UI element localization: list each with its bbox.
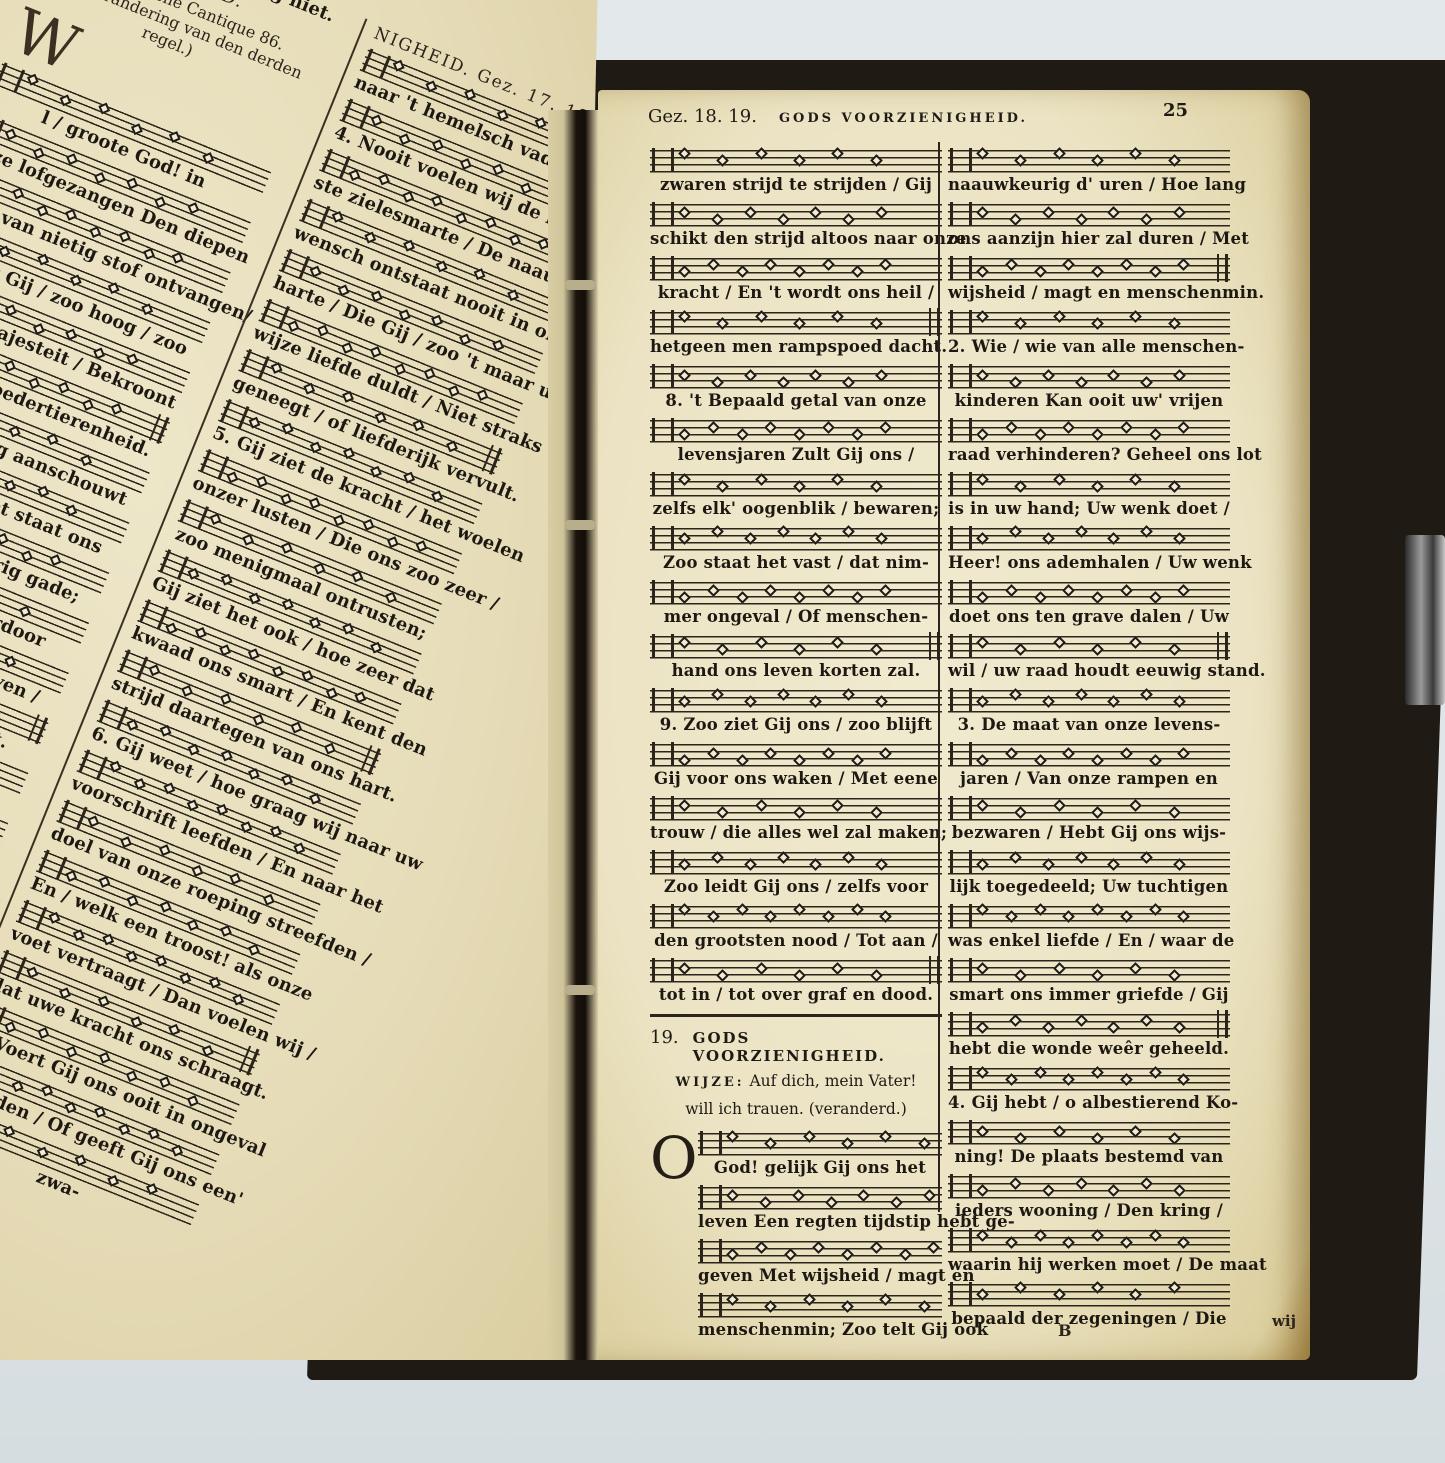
note-icon (1168, 969, 1181, 982)
note-icon (146, 1183, 158, 1195)
note-icon (777, 688, 790, 701)
note-icon (1129, 473, 1142, 486)
note-icon (976, 799, 989, 812)
note-icon (21, 550, 33, 562)
note-icon (219, 644, 231, 656)
note-icon (474, 268, 486, 280)
lyric-line: wijsheid / magt en menschenmin. (948, 282, 1230, 304)
note-icon (209, 977, 221, 989)
note-icon (1129, 636, 1142, 649)
note-icon (1149, 754, 1162, 767)
note-icon (927, 1241, 940, 1254)
lyric-line: schikt den strijd altoos naar onze (650, 228, 942, 250)
note-icon (1120, 584, 1133, 597)
note-icon (1140, 525, 1153, 538)
note-icon (879, 584, 892, 597)
note-icon (976, 532, 989, 545)
note-icon (716, 969, 729, 982)
note-icon (88, 815, 100, 827)
lyric-line: bezwaren / Hebt Gij ons wijs- (948, 822, 1230, 844)
music-stave (948, 308, 1230, 336)
music-stave (650, 740, 942, 768)
note-icon (4, 656, 16, 668)
note-icon (1034, 1229, 1047, 1242)
note-icon (33, 147, 45, 159)
note-icon (4, 1021, 16, 1033)
note-icon (5, 304, 17, 316)
signature-mark: B (1058, 1321, 1072, 1340)
note-icon (94, 348, 106, 360)
note-icon (520, 183, 532, 195)
note-icon (1062, 1236, 1075, 1249)
lyric-line: Heer! ons ademhalen / Uw wenk (948, 552, 1230, 574)
note-icon (147, 1128, 159, 1140)
music-stave (948, 902, 1230, 930)
hymn-reference: Gez. 18. 19. (648, 106, 757, 127)
note-icon (1053, 147, 1066, 160)
note-icon (716, 806, 729, 819)
note-icon (497, 109, 509, 121)
lyric-line: bepaald der zegeningen / Die (948, 1308, 1230, 1330)
note-icon (309, 793, 321, 805)
note-icon (281, 542, 293, 554)
note-icon (80, 454, 92, 466)
note-icon (711, 213, 724, 226)
note-icon (822, 421, 835, 434)
note-icon (716, 154, 729, 167)
hymn19-title-text: GODS VOORZIENIGHEID. (693, 1029, 942, 1065)
note-icon (764, 1137, 777, 1150)
note-icon (793, 969, 806, 982)
note-icon (1177, 1073, 1190, 1086)
note-icon (253, 714, 265, 726)
note-icon (1129, 1288, 1142, 1301)
note-icon (1042, 858, 1055, 871)
note-icon (744, 858, 757, 871)
note-icon (89, 226, 101, 238)
note-icon (976, 1288, 989, 1301)
note-icon (413, 420, 425, 432)
note-icon (678, 147, 691, 160)
note-icon (976, 591, 989, 604)
note-icon (375, 412, 387, 424)
lyric-line: zwaren strijd te strijden / Gij (650, 174, 942, 196)
note-icon (755, 962, 768, 975)
note-icon (1009, 213, 1022, 226)
note-icon (1091, 265, 1104, 278)
note-icon (875, 695, 888, 708)
note-icon (325, 687, 337, 699)
note-icon (755, 310, 768, 323)
note-icon (1005, 1073, 1018, 1086)
note-icon (163, 782, 175, 794)
note-icon (342, 391, 354, 403)
note-icon (493, 164, 505, 176)
note-icon (1091, 1066, 1104, 1079)
catchword: wij (1272, 1312, 1296, 1330)
music-stave (650, 146, 942, 174)
note-icon (394, 363, 406, 375)
note-icon (1149, 591, 1162, 604)
note-icon (764, 910, 777, 923)
running-title: GODS VOORZIENIGHEID. (779, 111, 1028, 126)
note-icon (1075, 851, 1088, 864)
note-icon (4, 1126, 16, 1138)
note-icon (94, 172, 106, 184)
note-icon (678, 310, 691, 323)
note-icon (1149, 903, 1162, 916)
note-icon (227, 471, 239, 483)
music-stave (948, 632, 1230, 660)
music-stave (650, 254, 942, 282)
lyric-line: ons aanzijn hier zal duren / Met (948, 228, 1230, 250)
note-icon (282, 598, 294, 610)
music-stave (650, 200, 942, 228)
note-icon (1149, 265, 1162, 278)
note-icon (976, 310, 989, 323)
note-icon (831, 147, 844, 160)
note-icon (288, 320, 300, 332)
note-icon (98, 995, 110, 1007)
note-icon (365, 232, 377, 244)
note-icon (155, 955, 167, 967)
note-icon (678, 754, 691, 767)
note-icon (94, 1106, 106, 1118)
left-page-text-block: eeuwig niet. VOORZIENIGHEID. ZE: Fransch… (0, 0, 600, 1360)
lyric-line: levensjaren Zult Gij ons / (650, 444, 942, 466)
note-icon (976, 1184, 989, 1197)
note-icon (1053, 310, 1066, 323)
lyric-line: smart ons immer griefde / Gij (948, 984, 1230, 1006)
note-icon (744, 695, 757, 708)
note-icon (182, 685, 194, 697)
note-icon (371, 290, 383, 302)
note-icon (1140, 851, 1153, 864)
note-icon (310, 441, 322, 453)
note-icon (448, 385, 460, 397)
note-icon (716, 317, 729, 330)
note-icon (1108, 369, 1121, 382)
note-icon (66, 505, 78, 517)
note-icon (678, 591, 691, 604)
note-icon (317, 325, 329, 337)
note-icon (1009, 688, 1022, 701)
note-icon (19, 605, 31, 617)
music-stave (650, 416, 942, 444)
note-icon (678, 473, 691, 486)
music-stave (650, 362, 942, 390)
note-icon (851, 428, 864, 441)
note-icon (1034, 1066, 1047, 1079)
note-icon (1091, 1132, 1104, 1145)
note-icon (1129, 147, 1142, 160)
note-icon (362, 519, 374, 531)
note-icon (1091, 591, 1104, 604)
note-icon (976, 695, 989, 708)
note-icon (755, 473, 768, 486)
note-icon (1108, 532, 1121, 545)
note-icon (976, 265, 989, 278)
note-icon (431, 195, 443, 207)
note-icon (188, 568, 200, 580)
note-icon (842, 851, 855, 864)
lyric-line: Gij voor ons waken / Met eene (650, 768, 942, 790)
note-icon (27, 74, 39, 86)
note-icon (1005, 1236, 1018, 1249)
note-icon (851, 754, 864, 767)
note-icon (169, 131, 181, 143)
note-icon (304, 383, 316, 395)
lyric-line: naauwkeurig d' uren / Hoe lang (948, 174, 1230, 196)
note-icon (1042, 369, 1055, 382)
note-icon (1091, 428, 1104, 441)
right-column-1: zwaren strijd te strijden / Gijschikt de… (650, 142, 942, 1341)
music-stave (948, 848, 1230, 876)
note-icon (1042, 532, 1055, 545)
note-icon (37, 1027, 49, 1039)
note-icon (172, 252, 184, 264)
note-icon (764, 1300, 777, 1313)
note-icon (1108, 1184, 1121, 1197)
lyric-line: zelfs elk' oogenblik / bewaren; (650, 498, 942, 520)
note-icon (716, 643, 729, 656)
note-icon (822, 910, 835, 923)
note-icon (1173, 858, 1186, 871)
note-icon (726, 1248, 739, 1261)
note-icon (1062, 1073, 1075, 1086)
note-icon (755, 1241, 768, 1254)
note-icon (1014, 317, 1027, 330)
lyric-line: kracht / En 't wordt ons heil / (650, 282, 942, 304)
note-icon (370, 642, 382, 654)
music-stave (948, 362, 1230, 390)
note-icon (98, 102, 110, 114)
lyric-line: menschenmin; Zoo telt Gij ook (698, 1319, 942, 1341)
note-icon (216, 804, 228, 816)
note-icon (118, 1123, 130, 1135)
note-icon (777, 213, 790, 226)
note-icon (1120, 1073, 1133, 1086)
note-icon (4, 360, 16, 372)
note-icon (842, 213, 855, 226)
note-icon (810, 206, 823, 219)
lyric-line: trouw / die alles wel zal maken; (650, 822, 942, 844)
note-icon (777, 851, 790, 864)
note-icon (41, 1085, 53, 1097)
lyric-line: 9. Zoo ziet Gij ons / zoo blijft (650, 714, 942, 736)
note-icon (764, 584, 777, 597)
note-icon (1075, 525, 1088, 538)
note-icon (678, 369, 691, 382)
note-icon (1005, 910, 1018, 923)
note-icon (976, 1229, 989, 1242)
note-icon (822, 747, 835, 760)
note-icon (726, 1130, 739, 1143)
note-icon (28, 377, 40, 389)
music-stave (948, 146, 1230, 174)
note-icon (66, 153, 78, 165)
note-icon (736, 903, 749, 916)
note-icon (1120, 910, 1133, 923)
lyric-line: 4. Gij hebt / o albestierend Ko- (948, 1092, 1230, 1114)
note-icon (777, 525, 790, 538)
note-icon (271, 362, 283, 374)
note-icon (1108, 695, 1121, 708)
note-icon (976, 369, 989, 382)
page-number: 25 (1163, 100, 1188, 121)
note-icon (36, 205, 48, 217)
note-icon (233, 994, 245, 1006)
note-icon (1009, 1014, 1022, 1027)
note-icon (1042, 1184, 1055, 1197)
note-icon (1042, 1021, 1055, 1034)
music-stave (650, 632, 942, 660)
lyric-line: doet ons ten grave dalen / Uw (948, 606, 1230, 628)
note-icon (755, 147, 768, 160)
note-icon (248, 944, 260, 956)
note-icon (436, 261, 448, 273)
note-icon (1168, 1132, 1181, 1145)
note-icon (1129, 962, 1142, 975)
lyric-line: tot in / tot over graf en dood. (650, 984, 942, 1006)
note-icon (777, 376, 790, 389)
note-icon (1075, 1014, 1088, 1027)
note-icon (130, 1016, 142, 1028)
note-icon (736, 754, 749, 767)
note-icon (341, 342, 353, 354)
note-icon (240, 821, 252, 833)
note-icon (120, 836, 132, 848)
note-icon (764, 421, 777, 434)
note-icon (355, 692, 367, 704)
note-icon (851, 903, 864, 916)
note-icon (282, 423, 294, 435)
note-icon (810, 532, 823, 545)
note-icon (870, 969, 883, 982)
note-icon (842, 688, 855, 701)
note-icon (755, 636, 768, 649)
right-column-2: naauwkeurig d' uren / Hoe langons aanzij… (938, 142, 1230, 1212)
note-icon (127, 353, 139, 365)
music-stave (948, 200, 1230, 228)
note-icon (0, 533, 8, 545)
note-icon (1034, 903, 1047, 916)
lyric-line: waarin hij werken moet / De maat (948, 1254, 1230, 1276)
music-stave (948, 1064, 1230, 1092)
note-icon (810, 858, 823, 871)
note-icon (793, 643, 806, 656)
note-icon (1053, 1288, 1066, 1301)
music-stave (948, 578, 1230, 606)
lyric-line: 3. De maat van onze levens- (948, 714, 1230, 736)
note-icon (1168, 806, 1181, 819)
note-icon (759, 1196, 772, 1209)
metal-clasp (1405, 535, 1445, 705)
note-icon (58, 382, 70, 394)
note-icon (343, 447, 355, 459)
note-icon (187, 744, 199, 756)
note-icon (36, 1146, 48, 1158)
note-icon (1014, 1281, 1027, 1294)
note-icon (976, 428, 989, 441)
note-icon (831, 636, 844, 649)
note-icon (810, 369, 823, 382)
note-icon (108, 282, 120, 294)
note-icon (477, 389, 489, 401)
note-icon (187, 919, 199, 931)
note-icon (879, 910, 892, 923)
lyric-line: mer ongeval / Of menschen- (650, 606, 942, 628)
note-icon (1062, 910, 1075, 923)
note-icon (65, 870, 77, 882)
note-icon (1173, 369, 1186, 382)
note-icon (507, 289, 519, 301)
lyric-line: hebt die wonde weêr geheeld. (948, 1038, 1230, 1060)
note-icon (976, 903, 989, 916)
music-stave (698, 1237, 942, 1265)
running-header: Gez. 18. 19. GODS VOORZIENIGHEID. (648, 106, 1190, 134)
note-icon (126, 951, 138, 963)
note-icon (841, 1248, 854, 1261)
note-icon (1062, 747, 1075, 760)
note-icon (75, 1154, 87, 1166)
wijze-label: WIJZE: (676, 1075, 745, 1090)
music-stave (698, 1183, 942, 1211)
note-icon (294, 843, 306, 855)
note-icon (1034, 265, 1047, 278)
lyric-line: Zoo leidt Gij ons / zelfs voor (650, 876, 942, 898)
note-icon (403, 240, 415, 252)
note-icon (492, 339, 504, 351)
note-icon (899, 1248, 912, 1261)
note-icon (342, 623, 354, 635)
note-icon (1091, 480, 1104, 493)
note-icon (1053, 1125, 1066, 1138)
note-icon (1009, 851, 1022, 864)
note-icon (870, 643, 883, 656)
note-icon (220, 693, 232, 705)
note-icon (870, 317, 883, 330)
note-icon (0, 246, 11, 258)
note-icon (309, 617, 321, 629)
note-icon (134, 778, 146, 790)
note-icon (1168, 643, 1181, 656)
note-icon (5, 480, 17, 492)
note-icon (280, 493, 292, 505)
note-icon (1075, 688, 1088, 701)
note-icon (49, 912, 61, 924)
note-icon (333, 515, 345, 527)
note-icon (976, 1021, 989, 1034)
note-icon (301, 670, 313, 682)
note-icon (378, 173, 390, 185)
note-icon (143, 248, 155, 260)
note-icon (1034, 591, 1047, 604)
note-icon (12, 1080, 24, 1092)
music-stave (650, 794, 942, 822)
lyric-line: den grootsten nood / Tot aan / (650, 930, 942, 952)
lyric-line: ning! De plaats bestemd van (948, 1146, 1230, 1168)
note-icon (879, 1130, 892, 1143)
music-stave (948, 956, 1230, 984)
music-stave (948, 416, 1230, 444)
note-icon (841, 1137, 854, 1150)
note-icon (793, 154, 806, 167)
note-icon (879, 421, 892, 434)
note-icon (165, 623, 177, 635)
note-icon (1173, 1184, 1186, 1197)
note-icon (1009, 376, 1022, 389)
